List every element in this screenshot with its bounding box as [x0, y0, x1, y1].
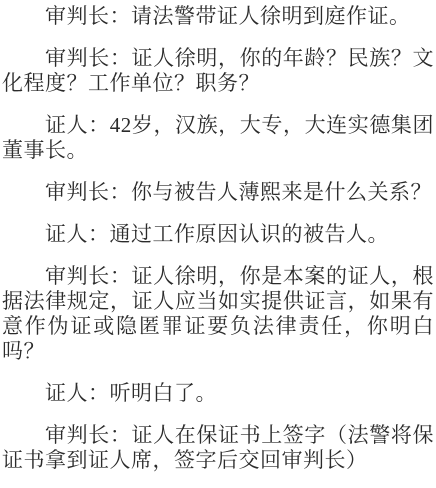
dialogue-text: 你与被告人薄熙来是什么关系？: [131, 180, 432, 204]
transcript-paragraph: 证人：通过工作原因认识的被告人。: [2, 222, 434, 247]
speaker-label: 审判长: [45, 46, 110, 70]
speaker-separator: ：: [110, 180, 132, 204]
document-page: 审判长：请法警带证人徐明到庭作证。 审判长：证人徐明，你的年龄？民族？文化程度？…: [0, 0, 436, 488]
speaker-label: 审判长: [45, 4, 110, 28]
speaker-separator: ：: [110, 46, 132, 70]
transcript-paragraph: 证人：听明白了。: [2, 381, 434, 406]
speaker-label: 证人: [45, 381, 88, 405]
transcript-paragraph: 证人：42岁，汉族，大专，大连实德集团董事长。: [2, 113, 434, 163]
transcript-paragraph: 审判长：你与被告人薄熙来是什么关系？: [2, 180, 434, 205]
transcript-paragraph: 审判长：证人徐明，你的年龄？民族？文化程度？工作单位？职务？: [2, 46, 434, 96]
speaker-separator: ：: [88, 113, 110, 137]
speaker-separator: ：: [110, 264, 132, 288]
dialogue-text: 通过工作原因认识的被告人。: [110, 222, 390, 246]
speaker-label: 证人: [45, 222, 88, 246]
dialogue-text: 请法警带证人徐明到庭作证。: [131, 4, 411, 28]
speaker-label: 审判长: [45, 264, 110, 288]
speaker-separator: ：: [110, 423, 132, 447]
speaker-separator: ：: [88, 381, 110, 405]
transcript-paragraph: 审判长：证人在保证书上签字（法警将保证书拿到证人席，签字后交回审判长）: [2, 423, 434, 473]
dialogue-text: 听明白了。: [110, 381, 218, 405]
speaker-label: 证人: [45, 113, 88, 137]
speaker-label: 审判长: [45, 423, 110, 447]
speaker-separator: ：: [88, 222, 110, 246]
transcript-paragraph: 审判长：证人徐明，你是本案的证人，根据法律规定，证人应当如实提供证言，如果有意作…: [2, 264, 434, 364]
transcript-paragraph: 审判长：请法警带证人徐明到庭作证。: [2, 4, 434, 29]
speaker-separator: ：: [110, 4, 132, 28]
speaker-label: 审判长: [45, 180, 110, 204]
